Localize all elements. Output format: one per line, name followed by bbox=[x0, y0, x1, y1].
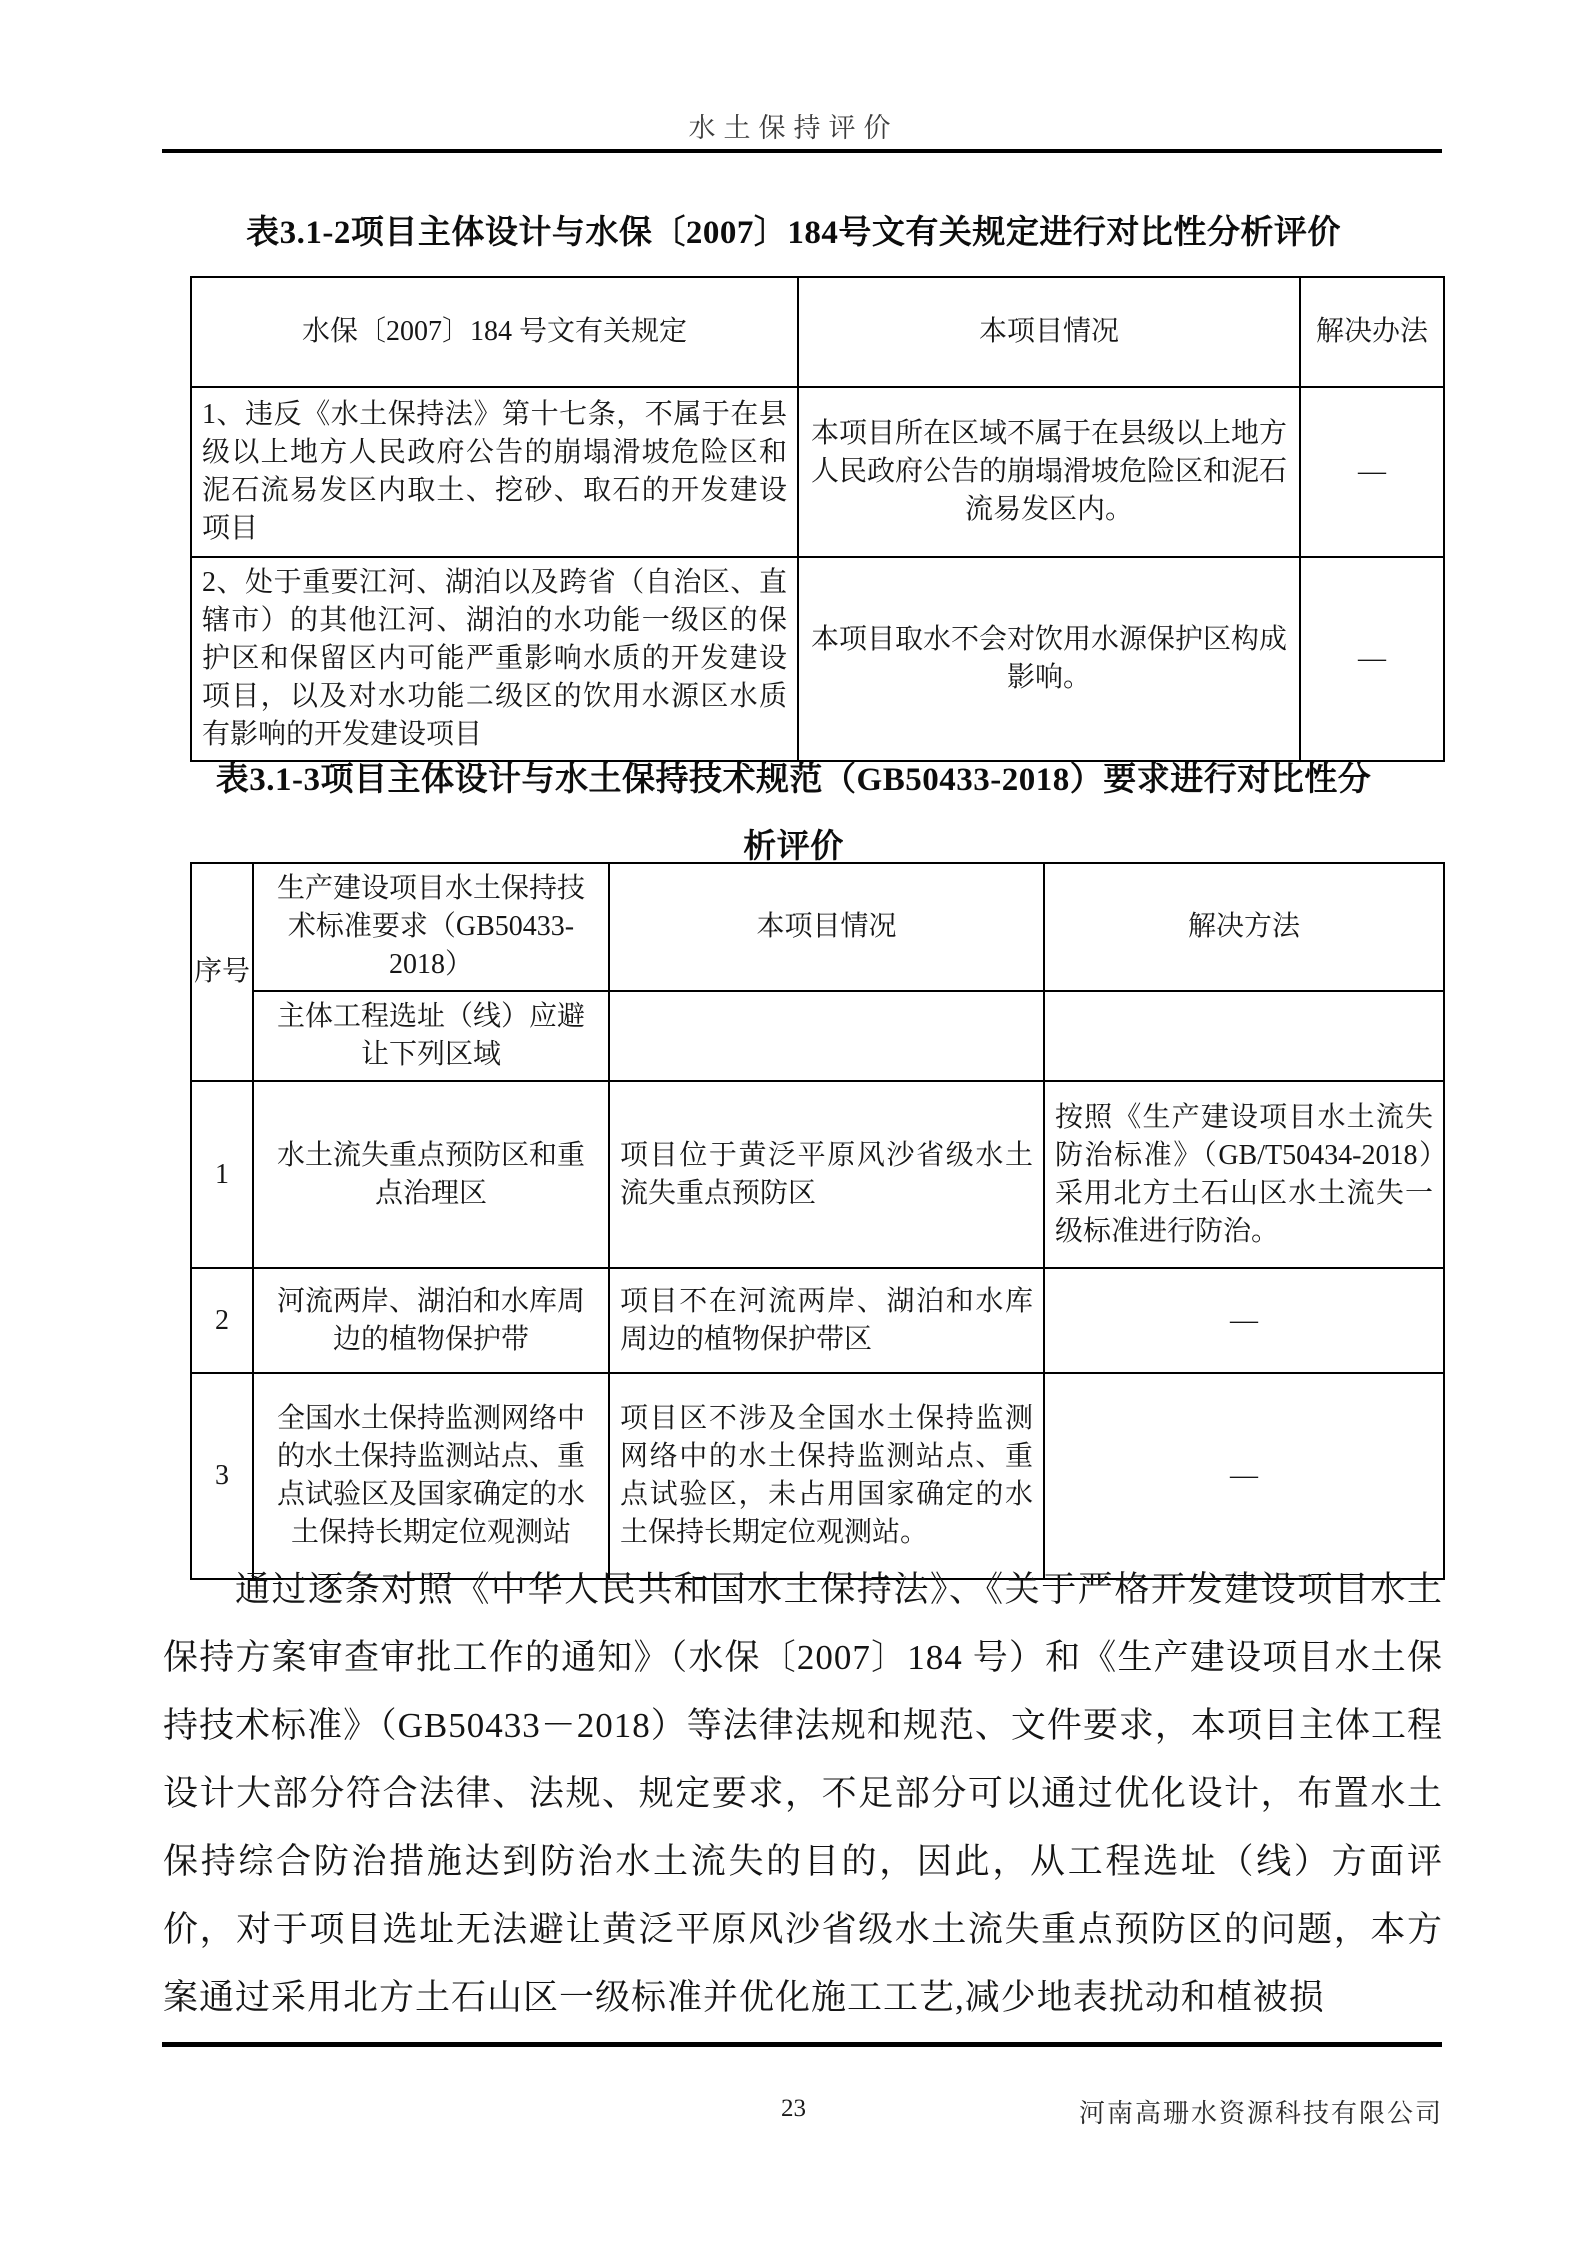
table-row: 1 水土流失重点预防区和重点治理区 项目位于黄泛平原风沙省级水土流失重点预防区 … bbox=[191, 1081, 1444, 1268]
table2-row2-requirement: 河流两岸、湖泊和水库周边的植物保护带 bbox=[253, 1268, 609, 1373]
table2-header-solution: 解决方法 bbox=[1044, 863, 1444, 991]
table2-row2-index: 2 bbox=[191, 1268, 253, 1373]
table2-row3-situation: 项目区不涉及全国水土保持监测网络中的水土保持监测站点、重点试验区，未占用国家确定… bbox=[609, 1373, 1044, 1579]
table-row: 1、违反《水土保持法》第十七条，不属于在县级以上地方人民政府公告的崩塌滑坡危险区… bbox=[191, 387, 1444, 557]
table2-header-index: 序号 bbox=[191, 863, 253, 1081]
footer-company-name: 河南高珊水资源科技有限公司 bbox=[1079, 2093, 1443, 2130]
table1-row2-solution: — bbox=[1300, 557, 1444, 761]
running-header: 水土保持评价 bbox=[0, 106, 1587, 145]
table1-header-solution: 解决办法 bbox=[1300, 277, 1444, 387]
header-rule bbox=[162, 149, 1442, 153]
table2-row3-solution: — bbox=[1044, 1373, 1444, 1579]
document-page: 水土保持评价 表3.1-2项目主体设计与水保〔2007〕184号文有关规定进行对… bbox=[0, 0, 1587, 2245]
table2-row2-solution: — bbox=[1044, 1268, 1444, 1373]
table-row: 3 全国水土保持监测网络中的水土保持监测站点、重点试验区及国家确定的水土保持长期… bbox=[191, 1373, 1444, 1579]
table1-comparison-184: 水保〔2007〕184 号文有关规定 本项目情况 解决办法 1、违反《水土保持法… bbox=[190, 276, 1445, 762]
table2-row1-situation: 项目位于黄泛平原风沙省级水土流失重点预防区 bbox=[609, 1081, 1044, 1268]
footer-rule bbox=[162, 2042, 1442, 2047]
table-row: 2、处于重要江河、湖泊以及跨省（自治区、直辖市）的其他江河、湖泊的水功能一级区的… bbox=[191, 557, 1444, 761]
table2-comparison-gb50433: 序号 生产建设项目水土保持技术标准要求（GB50433-2018） 本项目情况 … bbox=[190, 862, 1445, 1580]
table1-row2-situation: 本项目取水不会对饮用水源保护区构成影响。 bbox=[798, 557, 1300, 761]
table2-header-empty-cell bbox=[1044, 991, 1444, 1081]
table1-header-requirement: 水保〔2007〕184 号文有关规定 bbox=[191, 277, 798, 387]
table2-header-row2: 主体工程选址（线）应避让下列区域 bbox=[191, 991, 1444, 1081]
table2-row1-solution: 按照《生产建设项目水土流失防治标准》（GB/T50434-2018）采用北方土石… bbox=[1044, 1081, 1444, 1268]
table2-title-line2: 析评价 bbox=[0, 820, 1587, 867]
table2-row1-index: 1 bbox=[191, 1081, 253, 1268]
table1-row1-situation: 本项目所在区域不属于在县级以上地方人民政府公告的崩塌滑坡危险区和泥石流易发区内。 bbox=[798, 387, 1300, 557]
table2-header-row1: 序号 生产建设项目水土保持技术标准要求（GB50433-2018） 本项目情况 … bbox=[191, 863, 1444, 991]
table2-row3-index: 3 bbox=[191, 1373, 253, 1579]
table-row: 2 河流两岸、湖泊和水库周边的植物保护带 项目不在河流两岸、湖泊和水库周边的植物… bbox=[191, 1268, 1444, 1373]
table1-header-situation: 本项目情况 bbox=[798, 277, 1300, 387]
table2-header-requirement-sub: 主体工程选址（线）应避让下列区域 bbox=[253, 991, 609, 1081]
table2-header-requirement: 生产建设项目水土保持技术标准要求（GB50433-2018） bbox=[253, 863, 609, 991]
table2-row3-requirement: 全国水土保持监测网络中的水土保持监测站点、重点试验区及国家确定的水土保持长期定位… bbox=[253, 1373, 609, 1579]
body-paragraph: 通过逐条对照《中华人民共和国水土保持法》、《关于严格开发建设项目水土保持方案审查… bbox=[163, 1556, 1443, 2032]
table2-title-line1: 表3.1-3项目主体设计与水土保持技术规范（GB50433-2018）要求进行对… bbox=[0, 753, 1587, 800]
table2-header-situation: 本项目情况 bbox=[609, 863, 1044, 991]
table2-row1-requirement: 水土流失重点预防区和重点治理区 bbox=[253, 1081, 609, 1268]
table2-header-empty-cell bbox=[609, 991, 1044, 1081]
table1-row1-requirement: 1、违反《水土保持法》第十七条，不属于在县级以上地方人民政府公告的崩塌滑坡危险区… bbox=[191, 387, 798, 557]
table1-row2-requirement: 2、处于重要江河、湖泊以及跨省（自治区、直辖市）的其他江河、湖泊的水功能一级区的… bbox=[191, 557, 798, 761]
table1-row1-solution: — bbox=[1300, 387, 1444, 557]
table1-title: 表3.1-2项目主体设计与水保〔2007〕184号文有关规定进行对比性分析评价 bbox=[0, 206, 1587, 253]
table1-header-row: 水保〔2007〕184 号文有关规定 本项目情况 解决办法 bbox=[191, 277, 1444, 387]
table2-row2-situation: 项目不在河流两岸、湖泊和水库周边的植物保护带区 bbox=[609, 1268, 1044, 1373]
